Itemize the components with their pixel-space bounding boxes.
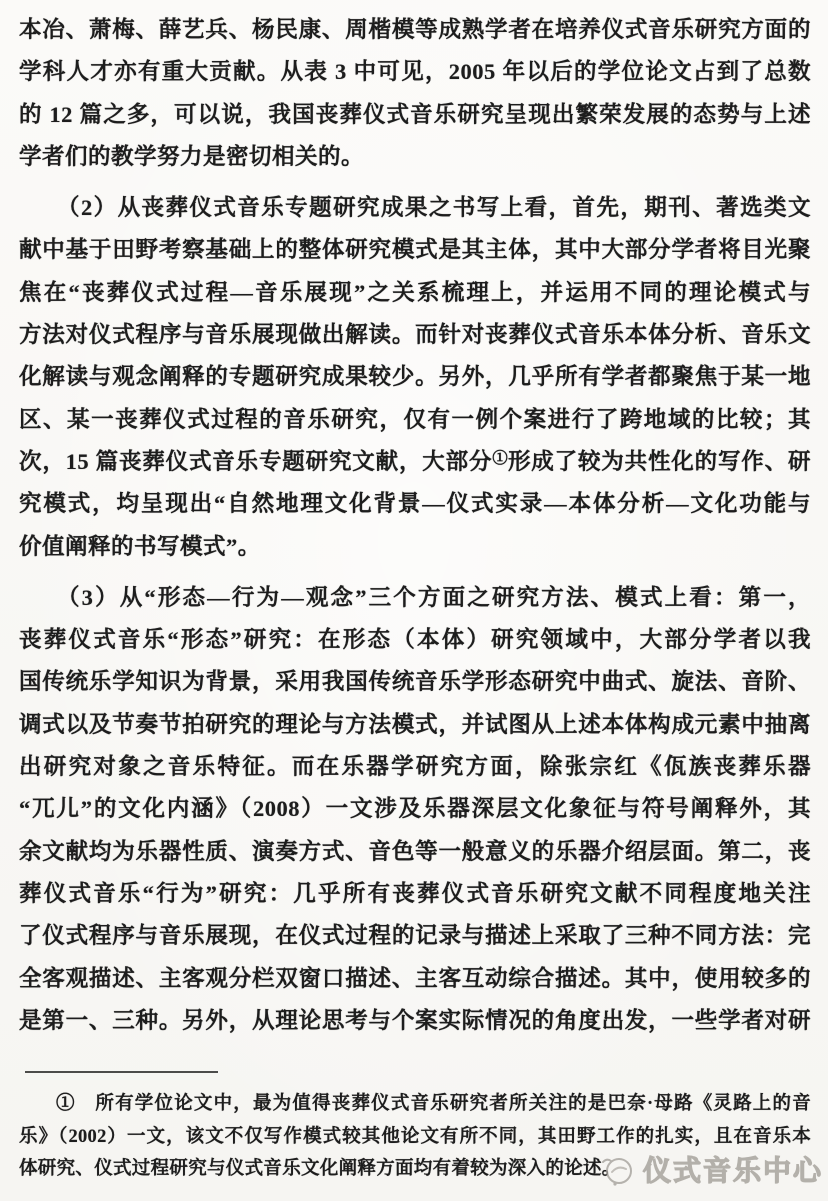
text-line: 葬仪式音乐“行为”研究：几乎所有丧葬仪式音乐研究文献不同程度地关注 (19, 873, 811, 915)
paragraph-2: （2）从丧葬仪式音乐专题研究成果之书写上看，首先，期刊、著选类文献中基于田野考察… (19, 187, 811, 568)
paragraph-3: （3）从“形态—行为—观念”三个方面之研究方法、模式上看：第一，丧葬仪式音乐“形… (19, 577, 811, 1042)
text-line: （3）从“形态—行为—观念”三个方面之研究方法、模式上看：第一， (19, 577, 811, 619)
text-line: 学科人才亦有重大贡献。从表 3 中可见，2005 年以后的学位论文占到了总数 (19, 51, 811, 93)
document-page: 本冶、萧梅、薛艺兵、杨民康、周楷模等成熟学者在培养仪式音乐研究方面的学科人才亦有… (0, 0, 828, 1201)
text-line: 出研究对象之音乐特征。而在乐器学研究方面，除张宗红《佤族丧葬乐器 (19, 746, 811, 788)
text-line: （2）从丧葬仪式音乐专题研究成果之书写上看，首先，期刊、著选类文 (19, 187, 811, 229)
text-line: 本冶、萧梅、薛艺兵、杨民康、周楷模等成熟学者在培养仪式音乐研究方面的 (19, 9, 811, 51)
footnote-ref-marker: ① (492, 450, 508, 467)
footnote-divider (25, 1071, 218, 1073)
text-line: 究模式，均呈现出“自然地理文化背景—仪式实录—本体分析—文化功能与 (19, 483, 811, 525)
text-line: 调式以及节奏节拍研究的理论与方法模式，并试图从上述本体构成元素中抽离 (19, 704, 811, 746)
body-text: 本冶、萧梅、薛艺兵、杨民康、周楷模等成熟学者在培养仪式音乐研究方面的学科人才亦有… (19, 9, 811, 1042)
text-line: 焦在“丧葬仪式过程—音乐展现”之关系梳理上，并运用不同的理论模式与 (19, 272, 811, 314)
text-line: 国传统乐学知识为背景，采用我国传统音乐学形态研究中曲式、旋法、音阶、 (19, 661, 811, 703)
text-line: 次，15 篇丧葬仪式音乐专题研究文献，大部分①形成了较为共性化的写作、研 (19, 441, 811, 483)
paragraph-1: 本冶、萧梅、薛艺兵、杨民康、周楷模等成熟学者在培养仪式音乐研究方面的学科人才亦有… (19, 9, 811, 178)
footnote-line: 乐》（2002）一文，该文不仅写作模式较其他论文有所不同，其田野工作的扎实，且在… (19, 1121, 811, 1154)
text-line: 全客观描述、主客观分栏双窗口描述、主客互动综合描述。其中，使用较多的 (19, 958, 811, 1000)
text-line: 的 12 篇之多，可以说，我国丧葬仪式音乐研究呈现出繁荣发展的态势与上述 (19, 94, 811, 136)
text-line: 化解读与观念阐释的专题研究成果较少。另外，几乎所有学者都聚焦于某一地 (19, 356, 811, 398)
text-line: 余文献均为乐器性质、演奏方式、音色等一般意义的乐器介绍层面。第二，丧 (19, 831, 811, 873)
text-line: 献中基于田野考察基础上的整体研究模式是其主体，其中大部分学者将目光聚 (19, 229, 811, 271)
text-line: 是第一、三种。另外，从理论思考与个案实际情况的角度出发，一些学者对研 (19, 1000, 811, 1042)
footnote-line: 体研究、仪式过程研究与仪式音乐文化阐释方面均有着较为深入的论述。 (19, 1153, 811, 1186)
text-line: 学者们的教学努力是密切相关的。 (19, 136, 811, 178)
footnote-text: ① 所有学位论文中，最为值得丧葬仪式音乐研究者所关注的是巴奈·母路《灵路上的音乐… (19, 1088, 811, 1186)
footnote-line: ① 所有学位论文中，最为值得丧葬仪式音乐研究者所关注的是巴奈·母路《灵路上的音 (19, 1088, 811, 1121)
text-line: 了仪式程序与音乐展现，在仪式过程的记录与描述上采取了三种不同方法：完 (19, 915, 811, 957)
text-line: 丧葬仪式音乐“形态”研究：在形态（本体）研究领域中，大部分学者以我 (19, 619, 811, 661)
text-line: “兀儿”的文化内涵》（2008）一文涉及乐器深层文化象征与符号阐释外，其 (19, 788, 811, 830)
text-line: 方法对仪式程序与音乐展现做出解读。而针对丧葬仪式音乐本体分析、音乐文 (19, 314, 811, 356)
text-line: 区、某一丧葬仪式过程的音乐研究，仅有一例个案进行了跨地域的比较；其 (19, 399, 811, 441)
text-line: 价值阐释的书写模式”。 (19, 526, 811, 568)
